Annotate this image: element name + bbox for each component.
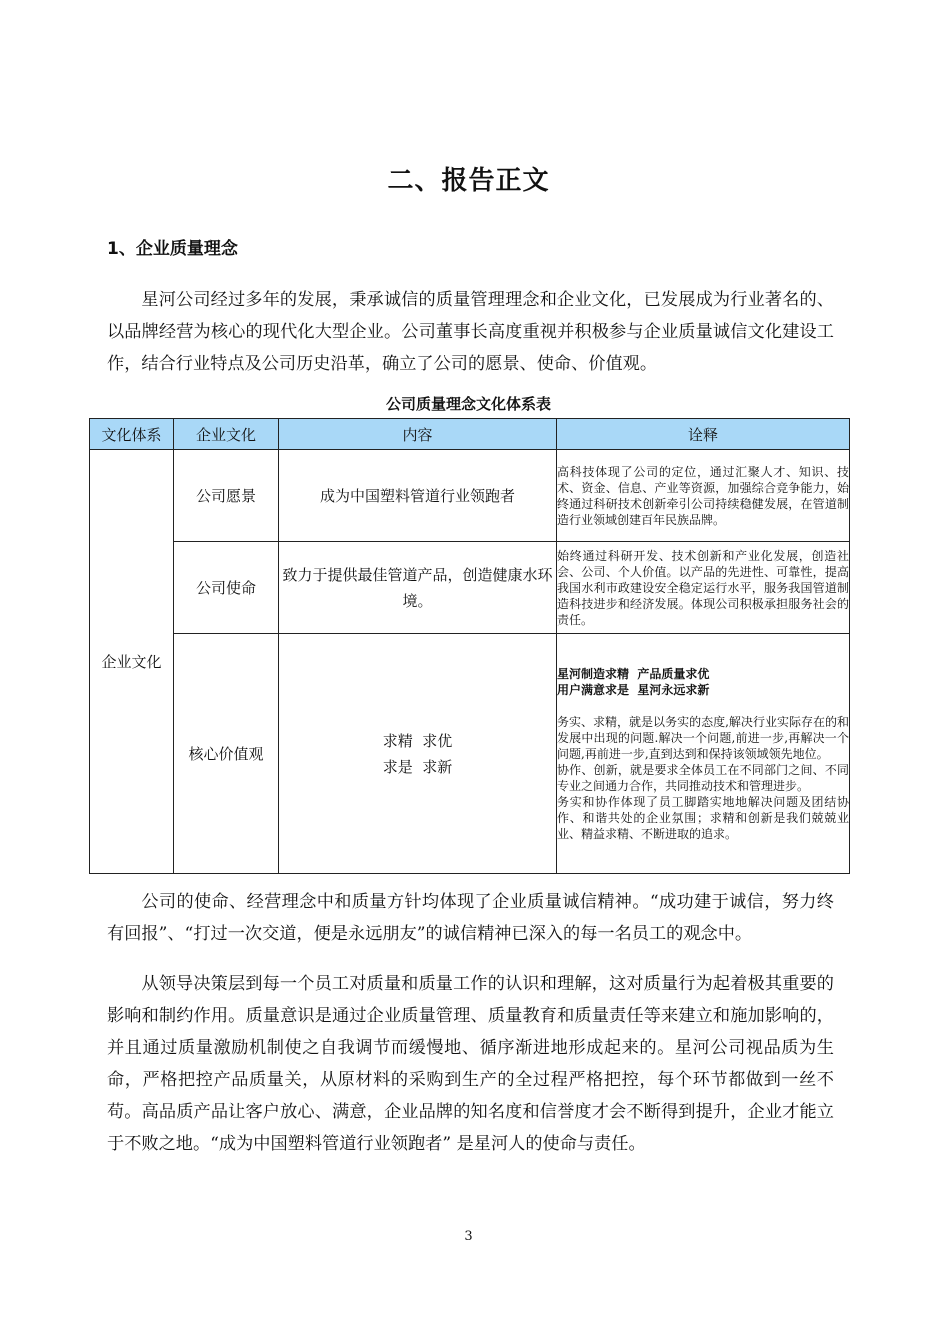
spacer xyxy=(557,698,849,714)
content-cell: 致力于提供最佳管道产品，创造健康水环境。 xyxy=(279,542,557,634)
explanation-text: 高科技体现了公司的定位，通过汇聚人才、知识、技术、资金、信息、产业等资源，加强综… xyxy=(557,464,849,528)
explanation-text: 始终通过科研开发、技术创新和产业化发展，创造社会、公司、个人价值。以产品的先进性… xyxy=(557,548,849,628)
slogan-line: 星河制造求精 产品质量求优 xyxy=(557,666,849,682)
content-line: 致力于提供最佳管道产品，创造健康水环境。 xyxy=(279,562,556,614)
header-content: 内容 xyxy=(279,419,557,450)
culture-cell: 公司愿景 xyxy=(174,450,279,542)
content-cell: 成为中国塑料管道行业领跑者 xyxy=(279,450,557,542)
system-cell: 企业文化 xyxy=(90,450,174,874)
culture-cell: 公司使命 xyxy=(174,542,279,634)
quality-awareness-paragraph: 从领导决策层到每一个员工对质量和质量工作的认识和理解，这对质量行为起着极其重要的… xyxy=(107,968,834,1160)
header-system: 文化体系 xyxy=(90,419,174,450)
section-heading: 1、企业质量理念 xyxy=(107,234,238,259)
culture-cell: 核心价值观 xyxy=(174,634,279,874)
content-line: 成为中国塑料管道行业领跑者 xyxy=(279,483,556,509)
explanation-text: 务实、求精，就是以务实的态度,解决行业实际存在的和发展中出现的问题.解决一个问题… xyxy=(557,714,849,762)
page-title: 二、报告正文 xyxy=(0,160,937,197)
table-row-vision: 企业文化 公司愿景 成为中国塑料管道行业领跑者 高科技体现了公司的定位，通过汇聚… xyxy=(90,450,850,542)
header-explanation: 诠释 xyxy=(557,419,850,450)
content-line: 求精 求优 xyxy=(279,728,556,754)
content-cell: 求精 求优 求是 求新 xyxy=(279,634,557,874)
explanation-cell: 星河制造求精 产品质量求优 用户满意求是 星河永远求新 务实、求精，就是以务实的… xyxy=(557,634,850,874)
intro-paragraph: 星河公司经过多年的发展，秉承诚信的质量管理理念和企业文化，已发展成为行业著名的、… xyxy=(107,284,834,380)
culture-system-table: 文化体系 企业文化 内容 诠释 企业文化 公司愿景 成为中国塑料管道行业领跑者 … xyxy=(89,418,850,874)
content-line: 求是 求新 xyxy=(279,754,556,780)
integrity-paragraph: 公司的使命、经营理念中和质量方针均体现了企业质量诚信精神。“成功建于诚信，努力终… xyxy=(107,886,834,950)
table-row-core-values: 核心价值观 求精 求优 求是 求新 星河制造求精 产品质量求优 用户满意求是 星… xyxy=(90,634,850,874)
slogan-line: 用户满意求是 星河永远求新 xyxy=(557,682,849,698)
explanation-cell: 高科技体现了公司的定位，通过汇聚人才、知识、技术、资金、信息、产业等资源，加强综… xyxy=(557,450,850,542)
table-row-mission: 公司使命 致力于提供最佳管道产品，创造健康水环境。 始终通过科研开发、技术创新和… xyxy=(90,542,850,634)
table-caption: 公司质量理念文化体系表 xyxy=(0,393,937,414)
explanation-cell: 始终通过科研开发、技术创新和产业化发展，创造社会、公司、个人价值。以产品的先进性… xyxy=(557,542,850,634)
header-culture: 企业文化 xyxy=(174,419,279,450)
explanation-text: 协作、创新，就是要求全体员工在不同部门之间、不同专业之间通力合作，共同推动技术和… xyxy=(557,762,849,794)
explanation-text: 务实和协作体现了员工脚踏实地地解决问题及团结协作、和谐共处的企业氛围；求精和创新… xyxy=(557,794,849,842)
page-number: 3 xyxy=(0,1229,937,1244)
table-header-row: 文化体系 企业文化 内容 诠释 xyxy=(90,419,850,450)
